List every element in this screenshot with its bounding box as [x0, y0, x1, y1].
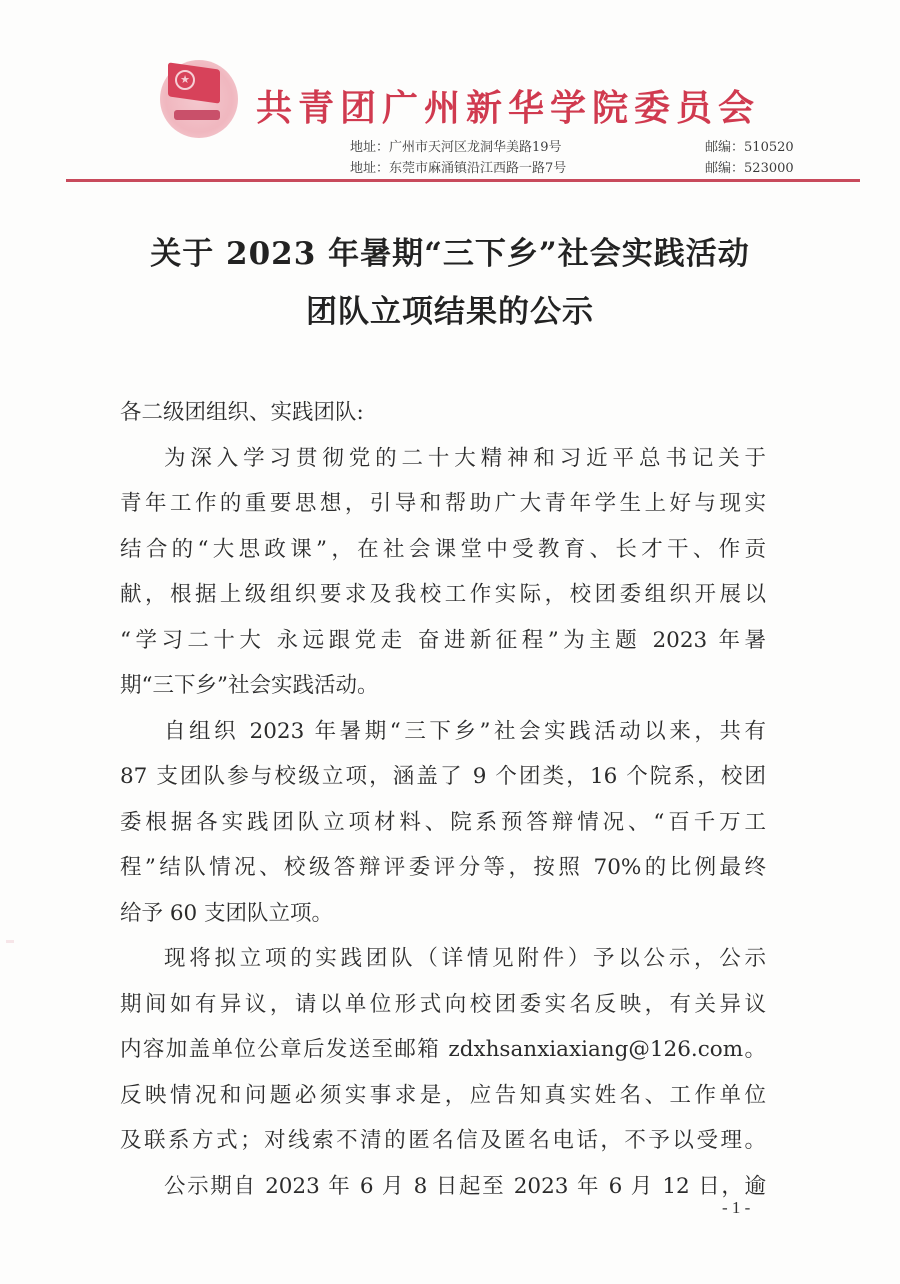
text-line: 委根据各实践团队立项材料、院系预答辩情况、“百千万工 [120, 800, 766, 846]
text-line: “学习二十大 永远跟党走 奋进新征程”为主题 2023 年暑 [120, 618, 766, 664]
league-emblem-icon: ★ [160, 60, 238, 138]
text-line: 结合的“大思政课”，在社会课堂中受教育、长才干、作贡 [120, 527, 766, 573]
page-number: - 1 - [722, 1198, 750, 1218]
text-line: 自组织 2023 年暑期“三下乡”社会实践活动以来，共有 [120, 709, 766, 755]
address-label: 地址： [350, 140, 389, 155]
address-line-2: 地址：东莞市麻涌镇沿江西路一路7号邮编：523000 [350, 157, 794, 176]
letterhead: ★ 共青团广州新华学院委员会 地址：广州市天河区龙洞华美路19号邮编：51052… [0, 0, 900, 190]
address-label: 地址： [350, 161, 389, 176]
text-line-email: 内容加盖单位公章后发送至邮箱 zdxhsanxiaxiang@126.com。 [120, 1027, 766, 1073]
text-line: 给予 60 支团队立项。 [120, 891, 766, 937]
paragraph-1: 为深入学习贯彻党的二十大精神和习近平总书记关于 青年工作的重要思想，引导和帮助广… [120, 436, 766, 709]
document-body: 各二级团组织、实践团队: 为深入学习贯彻党的二十大精神和习近平总书记关于 青年工… [120, 390, 766, 1209]
document-title-line-1: 关于 2023 年暑期“三下乡”社会实践活动 [0, 228, 900, 273]
address-text: 广州市天河区龙洞华美路19号 [389, 136, 705, 155]
postcode: 510520 [744, 140, 794, 155]
text-line: 期“三下乡”社会实践活动。 [120, 663, 766, 709]
document-title-line-2: 团队立项结果的公示 [0, 286, 900, 331]
salutation: 各二级团组织、实践团队: [120, 390, 766, 436]
paragraph-2: 自组织 2023 年暑期“三下乡”社会实践活动以来，共有 87 支团队参与校级立… [120, 709, 766, 937]
org-name: 共青团广州新华学院委员会 [256, 80, 760, 131]
text-line: 青年工作的重要思想，引导和帮助广大青年学生上好与现实 [120, 481, 766, 527]
postcode-label: 邮编： [705, 161, 744, 176]
address-text: 东莞市麻涌镇沿江西路一路7号 [389, 157, 705, 176]
star-icon: ★ [175, 70, 195, 90]
text-line: 程”结队情况、校级答辩评委评分等，按照 70%的比例最终 [120, 845, 766, 891]
paragraph-3: 现将拟立项的实践团队（详情见附件）予以公示，公示 期间如有异议，请以单位形式向校… [120, 936, 766, 1164]
text-line: 现将拟立项的实践团队（详情见附件）予以公示，公示 [120, 936, 766, 982]
text-line: 87 支团队参与校级立项，涵盖了 9 个团类，16 个院系，校团 [120, 754, 766, 800]
scan-mark [6, 940, 14, 943]
text-line: 期间如有异议，请以单位形式向校团委实名反映，有关异议 [120, 982, 766, 1028]
letterhead-divider [66, 179, 860, 182]
postcode-label: 邮编： [705, 140, 744, 155]
postcode: 523000 [744, 161, 794, 176]
paragraph-4: 公示期自 2023 年 6 月 8 日起至 2023 年 6 月 12 日，逾 [120, 1164, 766, 1210]
text-line: 及联系方式；对线索不清的匿名信及匿名电话，不予以受理。 [120, 1118, 766, 1164]
text-line: 献，根据上级组织要求及我校工作实际，校团委组织开展以 [120, 572, 766, 618]
ribbon-icon [174, 110, 220, 120]
text-line: 公示期自 2023 年 6 月 8 日起至 2023 年 6 月 12 日，逾 [120, 1164, 766, 1210]
text-line: 为深入学习贯彻党的二十大精神和习近平总书记关于 [120, 436, 766, 482]
text-line: 反映情况和问题必须实事求是，应告知真实姓名、工作单位 [120, 1073, 766, 1119]
address-line-1: 地址：广州市天河区龙洞华美路19号邮编：510520 [350, 136, 794, 155]
